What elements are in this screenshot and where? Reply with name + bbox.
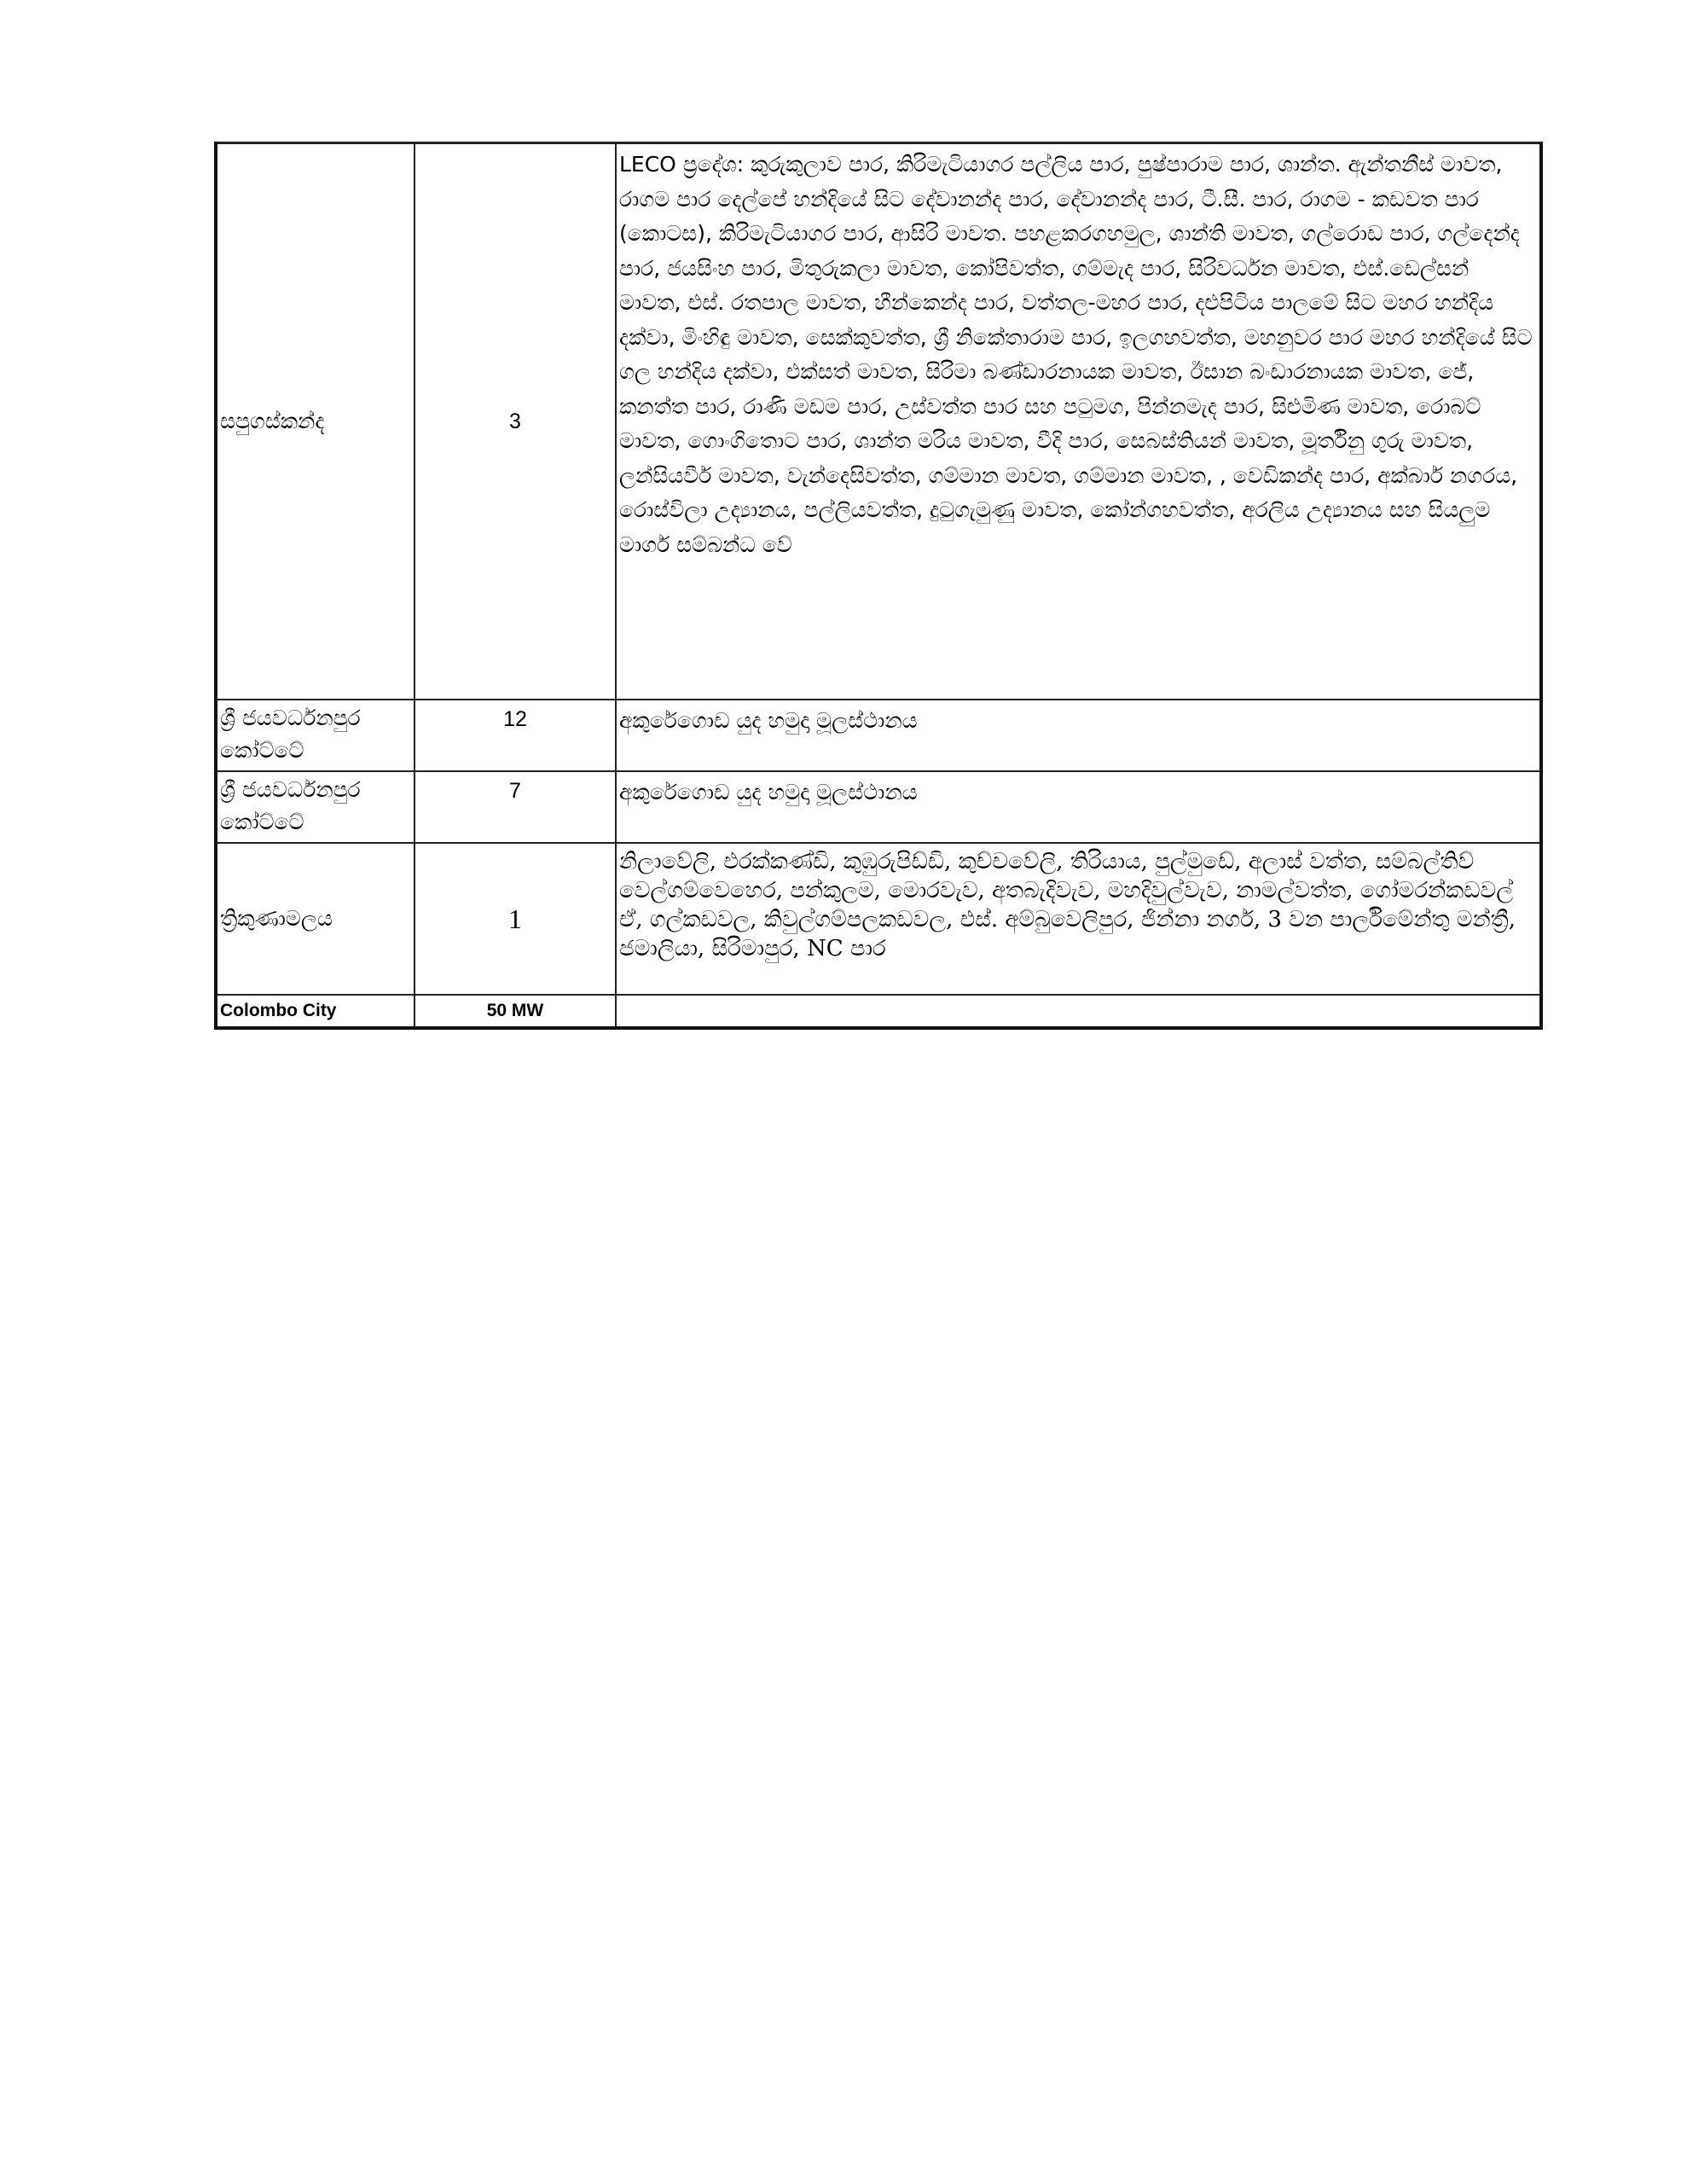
group-cell: 3	[415, 143, 616, 700]
table-row: ශ්‍රී ජයවර්ධනපුර කෝට්ටේ 7 අකුරේගොඩ යුද හ…	[216, 771, 1541, 843]
group-cell: 7	[415, 771, 616, 843]
group-cell: 12	[415, 700, 616, 771]
places-cell: නිලාවේලි, එරක්කණ්ඩි, කුඹුරුපිඩ්ඩි, කුච්ච…	[616, 843, 1541, 995]
places-cell: අකුරේගොඩ යුද හමුදා මූලස්ථානය	[616, 700, 1541, 771]
table-row: ශ්‍රී ජයවර්ධනපුර කෝට්ටේ 12 අකුරේගොඩ යුද …	[216, 700, 1541, 771]
places-cell	[616, 995, 1541, 1028]
document-page: සපුගස්කන්ද 3 LECO ප්‍රදේශ: කුරුකුලාව පාර…	[0, 0, 1687, 2184]
area-cell: ත්‍රිකුණාමලය	[216, 843, 415, 995]
area-cell: ශ්‍රී ජයවර්ධනපුර කෝට්ටේ	[216, 771, 415, 843]
area-cell: Colombo City	[216, 995, 415, 1028]
table-row: සපුගස්කන්ද 3 LECO ප්‍රදේශ: කුරුකුලාව පාර…	[216, 143, 1541, 700]
power-cut-schedule-table: සපුගස්කන්ද 3 LECO ප්‍රදේශ: කුරුකුලාව පාර…	[214, 142, 1543, 1030]
group-cell: 1	[415, 843, 616, 995]
places-cell: අකුරේගොඩ යුද හමුදා මූලස්ථානය	[616, 771, 1541, 843]
table-row: ත්‍රිකුණාමලය 1 නිලාවේලි, එරක්කණ්ඩි, කුඹු…	[216, 843, 1541, 995]
places-cell: LECO ප්‍රදේශ: කුරුකුලාව පාර, කිරිමැටියාග…	[616, 143, 1541, 700]
group-cell: 50 MW	[415, 995, 616, 1028]
area-cell: ශ්‍රී ජයවර්ධනපුර කෝට්ටේ	[216, 700, 415, 771]
area-cell: සපුගස්කන්ද	[216, 143, 415, 700]
table-row: Colombo City 50 MW	[216, 995, 1541, 1028]
